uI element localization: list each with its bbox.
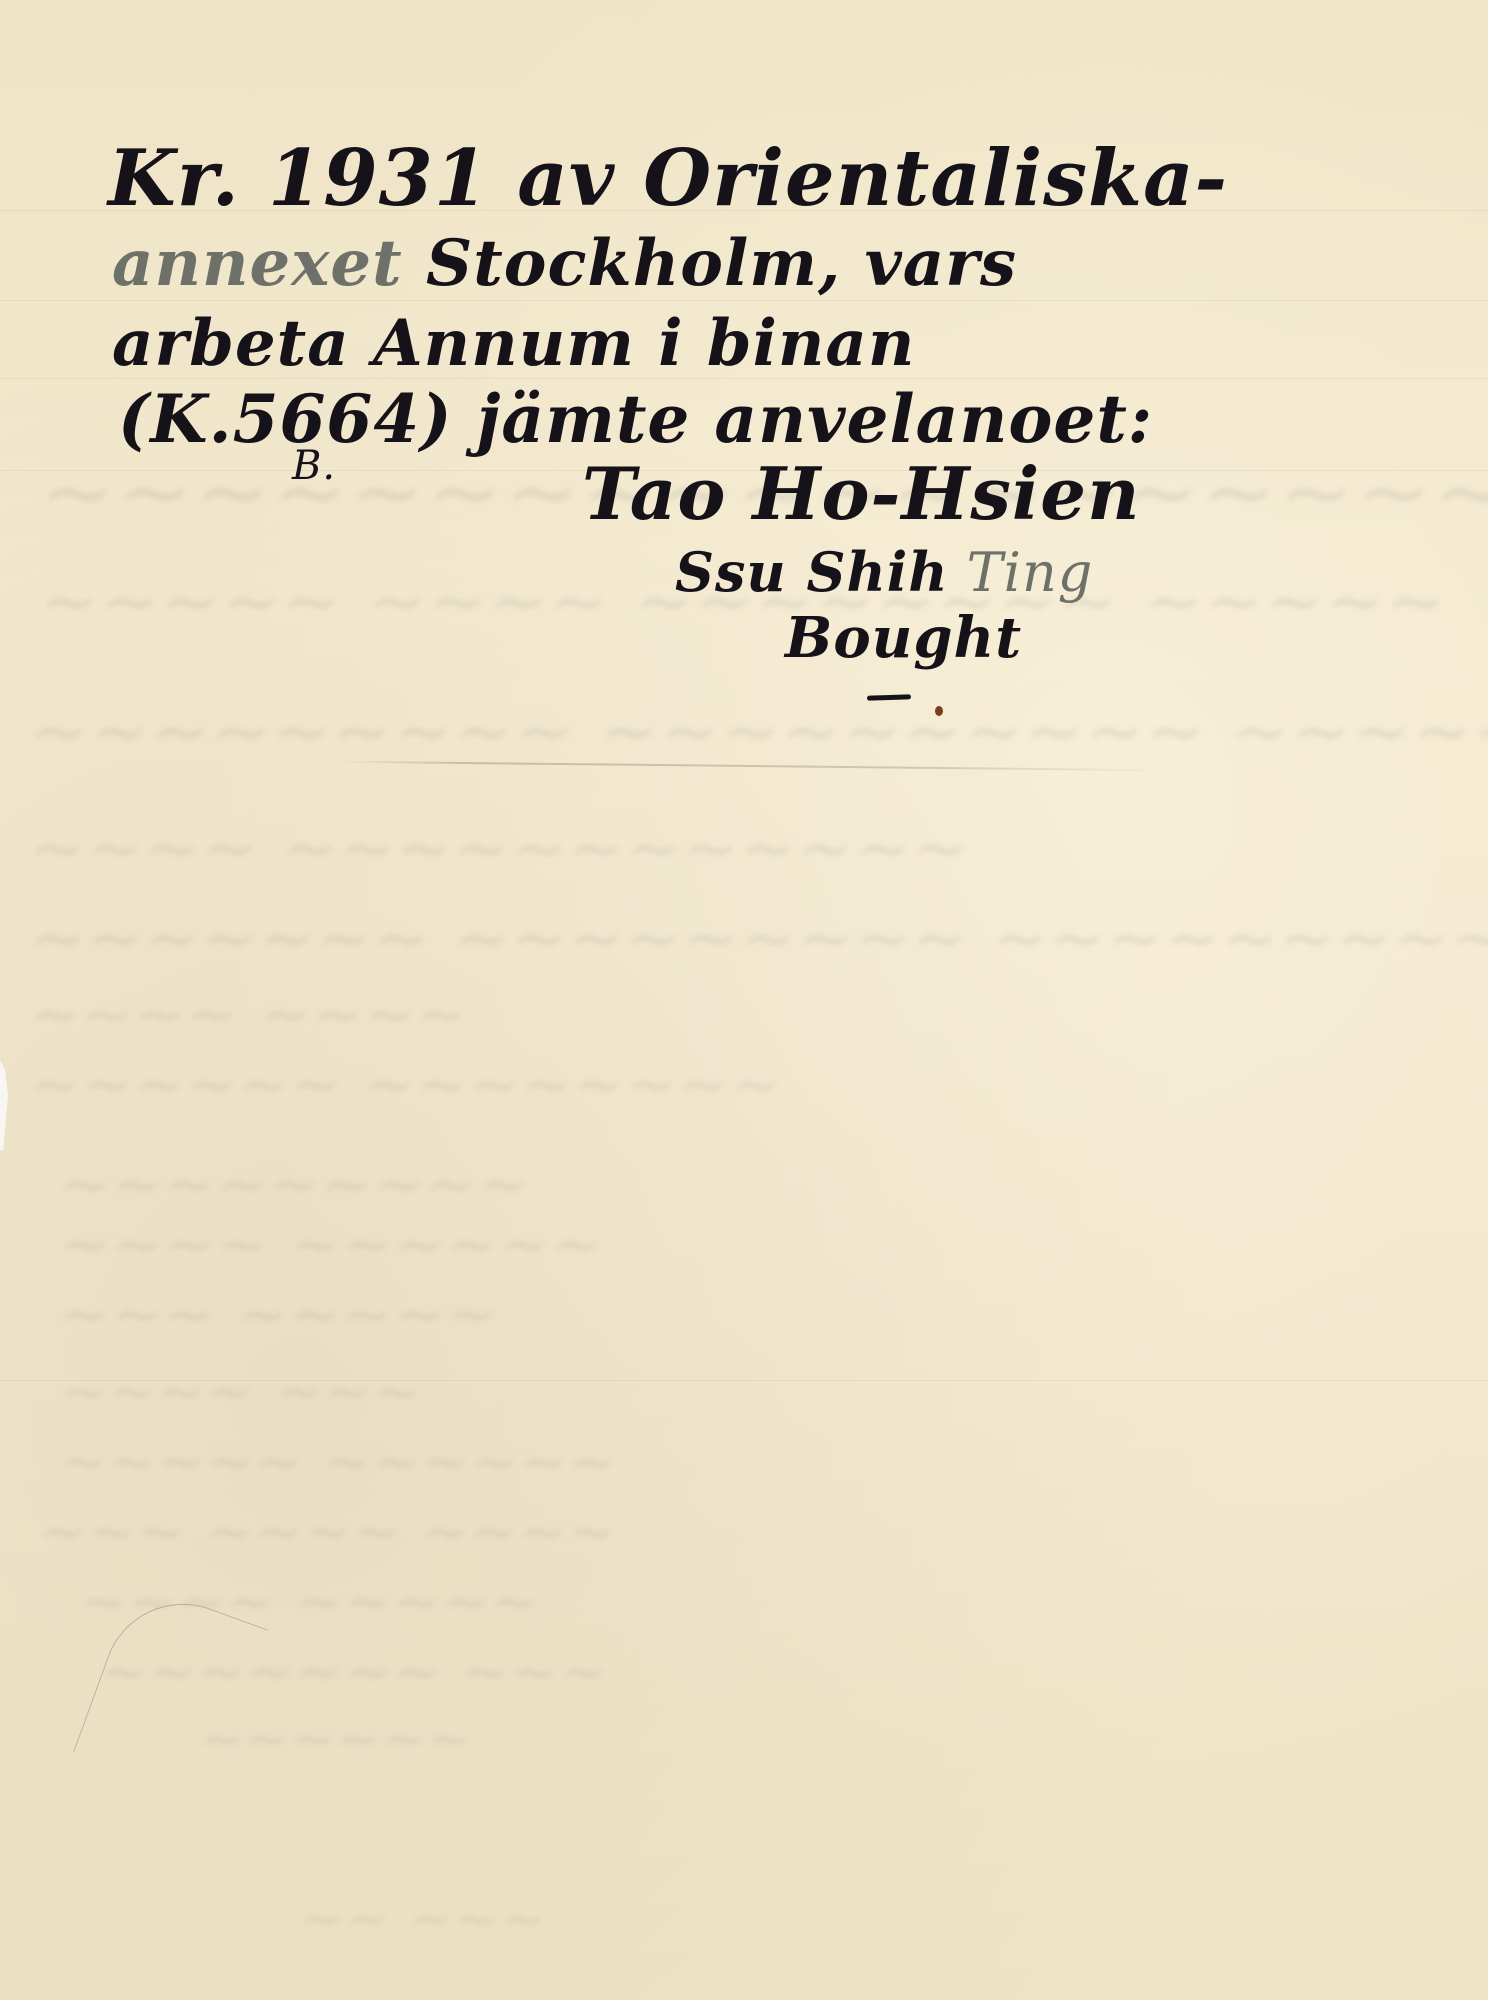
document-page: ~~~~~~~~~~~~~~~~~~~~~~~~~ ~~~~~ ~~~~ ~~~… [0,0,1488,2000]
bleed-through-text: ~~~~~~ [200,1710,473,1770]
bleed-through-text: ~~~ ~~~~~ [60,1280,499,1350]
handwritten-line-4: (K.5664) jämte anvelanoet: [118,386,1153,452]
artist-name: Tao Ho-Hsien [582,458,1140,530]
bleed-through-text: ~~~~ ~~~~ [30,980,469,1050]
ink-stain [935,706,943,716]
bleed-through-text: ~~~~~~~ ~~~~~~~~~ ~~~~~~~~~ [30,900,1488,977]
gray-ink-word: annexet [112,226,426,301]
secondary-name: Ssu Shih Ting [675,545,1093,600]
handwritten-line-3: arbeta Annum i binan [112,312,915,376]
bought-label: Bought [785,610,1022,666]
black-ink-words: Ssu Shih [675,540,949,604]
bleed-through-text: ~~ ~~~ [300,1890,546,1950]
catalog-suffix-b: B. [292,446,336,486]
gray-ink-word: Ting [949,541,1094,604]
bleed-through-text: ~~~~ ~~~~~~ [60,1210,604,1280]
bleed-through-text: ~~~~~~~~~ ~~~~~~~~~~ ~~~~~~ [30,690,1488,772]
bleed-through-text: ~~~~ ~~~~~~~~~~~~ [30,810,970,887]
bleed-through-text: ~~~ ~~~~ ~~~~ [40,1500,618,1565]
torn-paper-edge [0,1060,8,1150]
handwritten-line-1: Kr. 1931 av Orientaliska- [108,140,1228,218]
handwritten-line-2: annexet Stockholm, vars [112,232,1017,296]
bleed-through-text: ~~~~~~ ~~~~~~~~ [30,1050,783,1120]
bleed-through-text: ~~~~ ~~~ [60,1360,422,1425]
bleed-through-text: ~~~~~ ~~~~~~ [60,1430,618,1495]
black-ink-words: Stockholm, vars [426,226,1017,301]
